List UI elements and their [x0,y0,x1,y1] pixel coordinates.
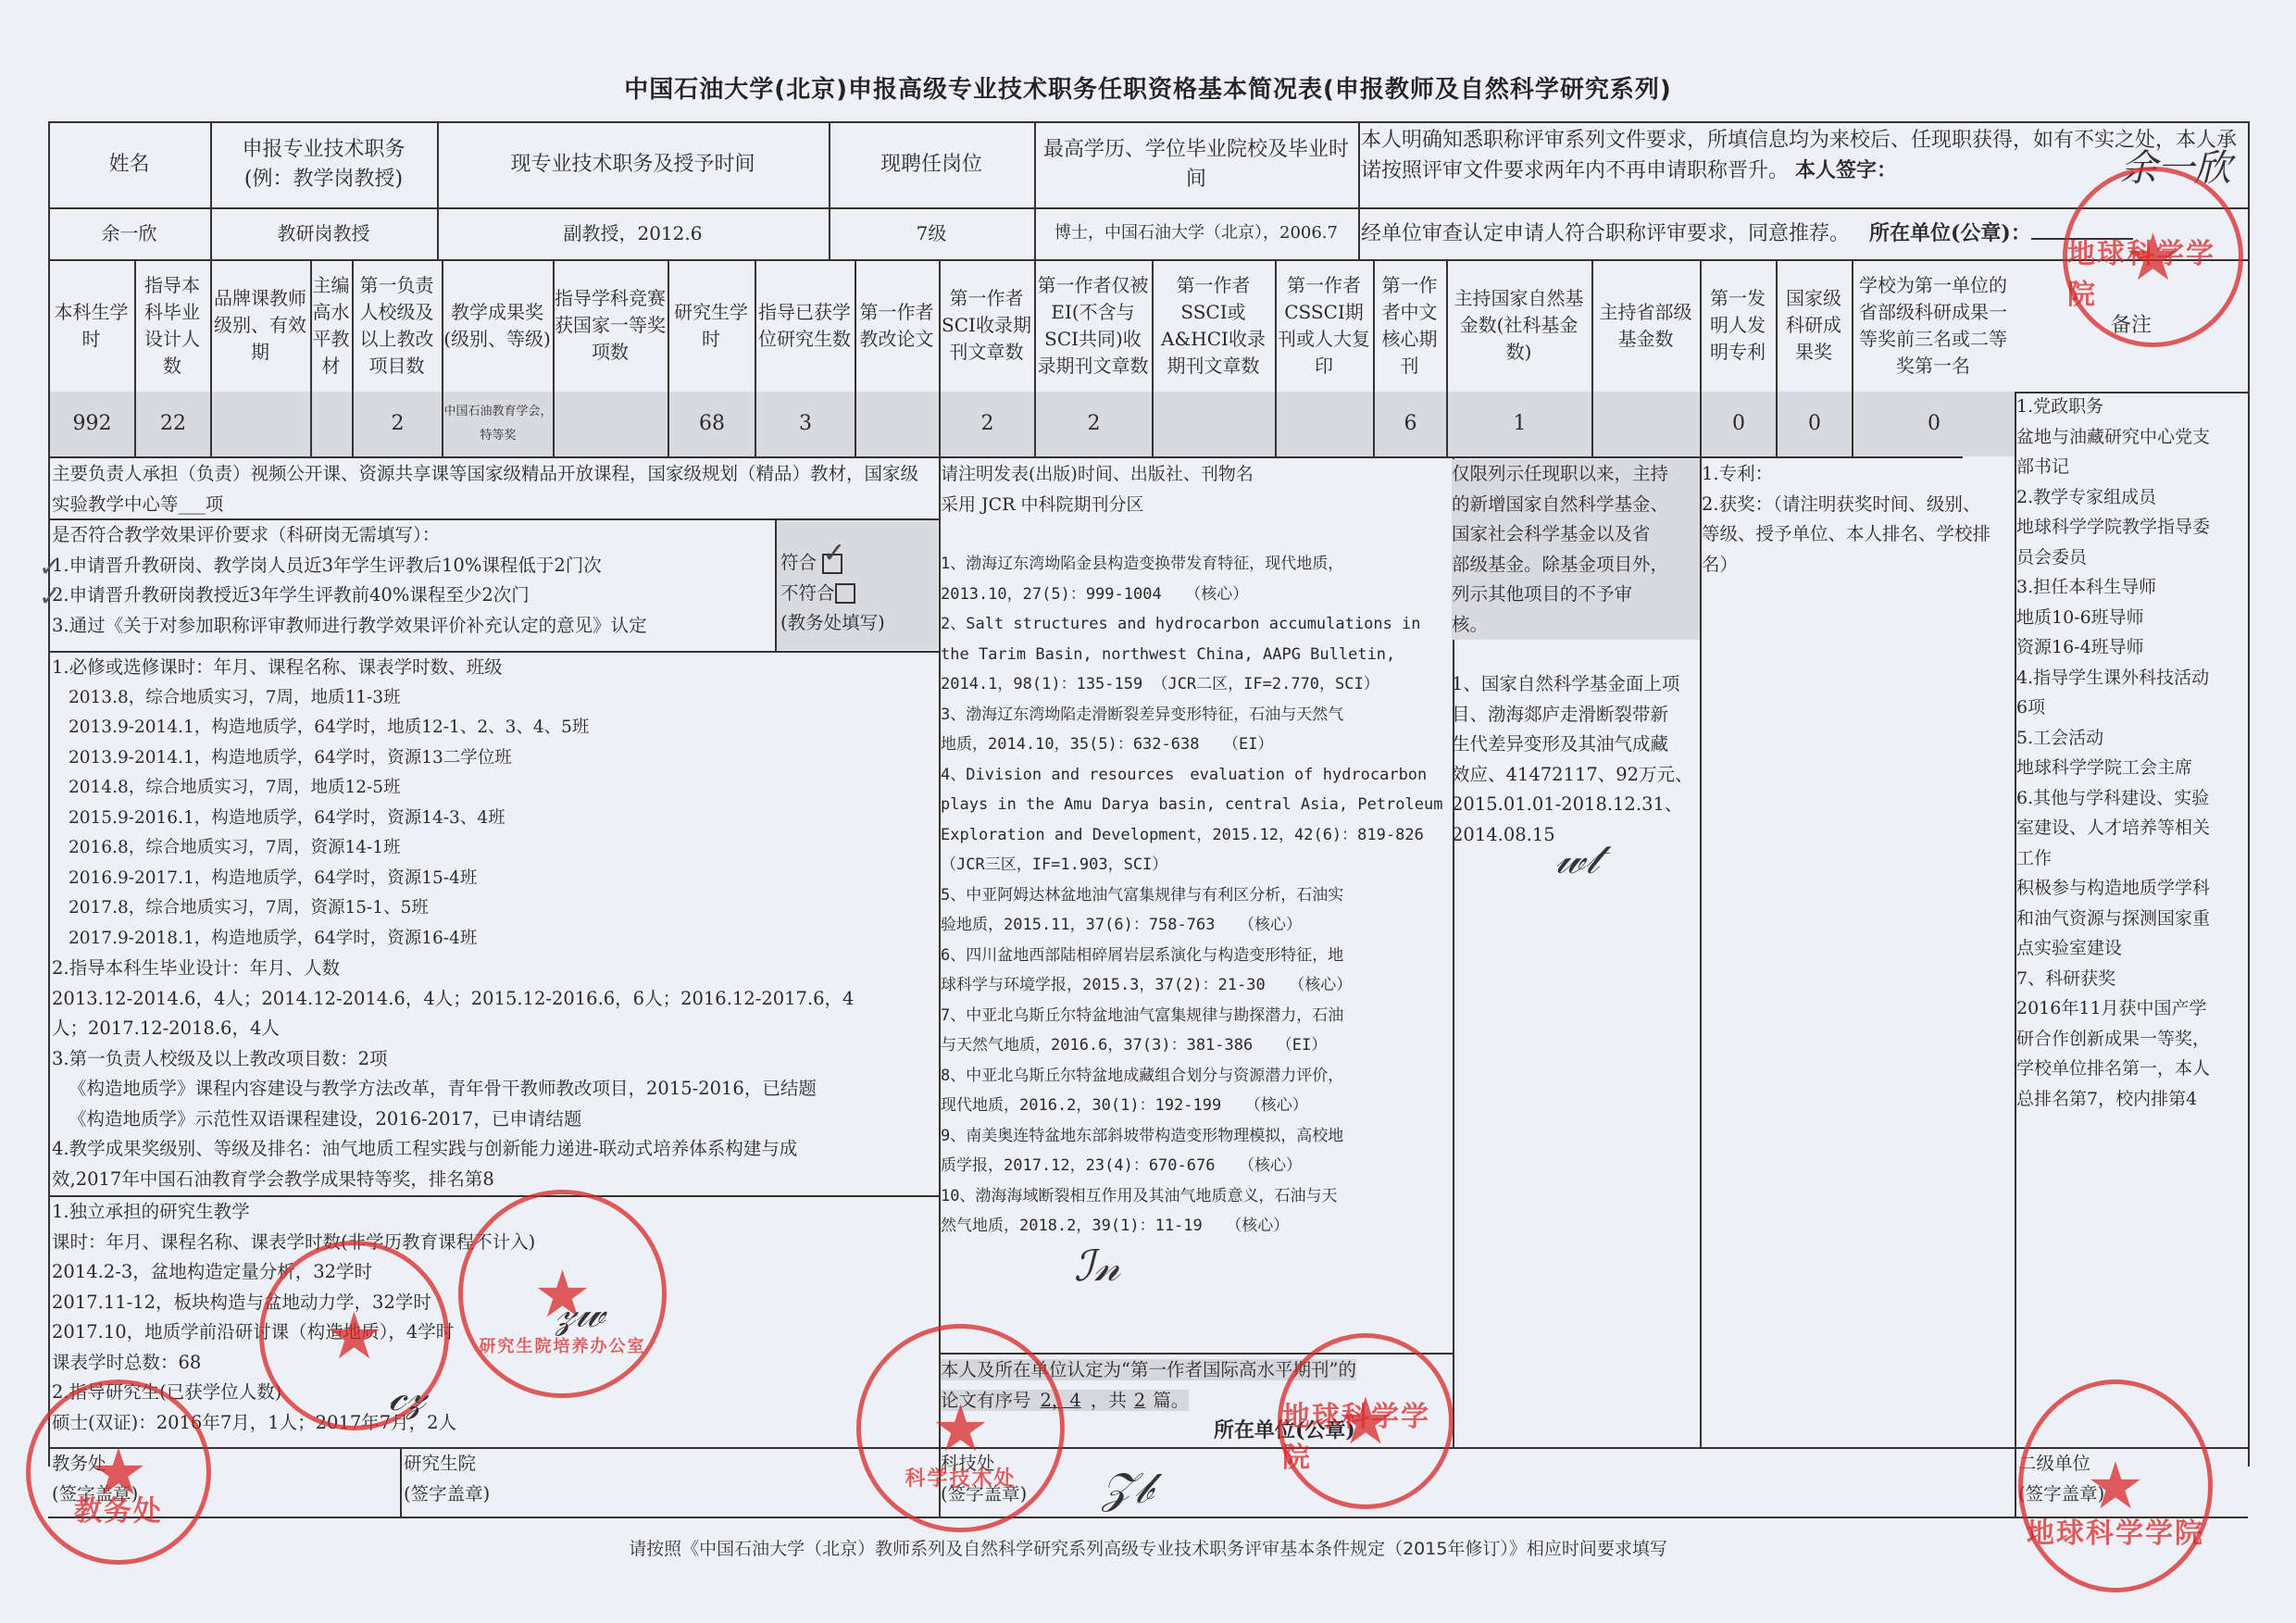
unit-review: 经单位审查认定申请人符合职称评审要求，同意推荐。 所在单位(公章)： [1361,218,2240,256]
text-line: 质学报，2017.12，23(4)：670-676 （核心） [941,1151,1452,1181]
stats-header-cell: 第一作者仅被EI(不含与SCI共同)收录期刊文章数 [1034,259,1152,392]
science-office-sign: 科技处 (签字盖章) [941,1449,1450,1509]
stats-value-cell: 1 [1446,392,1591,456]
text-line: 部级基金。除基金项目外， [1452,550,1700,581]
text-line: 仅限列示任现职以来，主持 [1452,459,1700,490]
evaluation-item: 3.通过《关于对参加职称评审教师进行教学效果评价补充认定的意见》认定 [52,611,774,642]
evaluation-block: 是否符合教学效果评价要求（科研岗无需填写）： 1.申请晋升教研岗、教学岗人员近3… [52,520,774,641]
text-line: 2.指导研究生(已获学位人数) [52,1378,936,1408]
text-line: 然气地质，2018.2，39(1)：11-19 （核心） [941,1211,1452,1242]
evaluation-result: 符合 ✓ 不符合 (教务处填写) [777,520,938,650]
text-line: 6、四川盆地西部陆相碎屑岩层系演化与构造变形特征，地 [941,941,1452,971]
confirm-count: 2 [1127,1390,1153,1411]
text-line: 4.指导学生课外科技活动 [2016,663,2248,693]
text-line: 2017.11-12，板块构造与盆地动力学，32学时 [52,1288,936,1318]
text-line: 等级、授予单位、本人排名、学校排 [1702,519,2015,550]
text-line: 7、中亚北乌斯丘尔特盆地油气富集规律与勘探潜力，石油 [941,1001,1452,1031]
stats-header-cell: 教学成果奖(级别、等级) [442,259,553,392]
stats-value-cell [210,392,310,456]
stats-value-cell: 0 [1700,392,1776,456]
text-line: 地球科学学院工会主席 [2016,753,2248,783]
stats-value-cell: 0 [1776,392,1852,456]
text-line: 室建设、人才培养等相关 [2016,813,2248,843]
text-line: 课时：年月、课程名称、课表学时数(非学历教育课程不计入) [52,1228,936,1258]
text-line: 1、渤海辽东湾坳陷金县构造变换带发育特征，现代地质， [941,549,1452,580]
text-line: 员会委员 [2016,543,2248,573]
education-label: 最高学历、学位毕业院校及毕业时间 [1034,121,1358,207]
declaration-text: 本人明确知悉职称评审系列文件要求，所填信息均为来校后、任现职获得，如有不实之处，… [1361,126,2240,207]
text-line: 2016.8，综合地质实习，7周，资源14-1班 [69,833,936,864]
text-line: 8、中亚北乌斯丘尔特盆地成藏组合划分与资源潜力评价， [941,1061,1452,1092]
graduate-teaching: 1.独立承担的研究生教学课时：年月、课程名称、课表学时数(非学历教育课程不计入)… [52,1197,936,1438]
stats-header-cell: 学校为第一单位的省部级科研成果一等奖前三名或二等奖第一名 [1852,259,2015,392]
stats-value-cell: 6 [1373,392,1446,456]
text-line: 目、渤海郯庐走滑断裂带新 [1452,700,1700,730]
current-title: 副教授，2012.6 [437,207,829,259]
text-line: 2013.9-2014.1，构造地质学，64学时，地质12-1、2、3、4、5班 [69,713,936,743]
text-line: 2017.10，地质学前沿研讨课（构造地质），4学时 [52,1317,936,1348]
stats-header-cell: 本科生学时 [48,259,134,392]
remarks-block: 1.党政职务盆地与油藏研究中心党支部书记2.教学专家组成员地球科学学院教学指导委… [2016,392,2248,1114]
stats-header-cell: 研究生学时 [668,259,755,392]
stats-value-cell: 2 [352,392,442,456]
text-line: 6项 [2016,693,2248,723]
text-line: 2013.10，27(5)：999-1004 （核心） [941,580,1452,610]
text-line: 名） [1702,550,2015,581]
text-line: 地质10-6班导师 [2016,603,2248,633]
stats-value-cell [553,392,668,456]
text-line: 2016.9-2017.1，构造地质学，64学时，资源15-4班 [69,864,936,894]
graduate-school-sign: 研究生院 (签字盖章) [404,1449,931,1509]
text-line: the Tarim Basin, northwest China, AAPG B… [941,640,1452,670]
stats-header-cell: 第一作者教改论文 [855,259,939,392]
stats-header-cell: 第一作者CSSCI期刊或人大复印 [1275,259,1373,392]
remarks-label: 备注 [2015,259,2248,392]
text-line: 9、南美奥连特盆地东部斜坡带构造变形物理模拟，高校地 [941,1121,1452,1152]
text-line: 2014.1，98(1)：135-159 （JCR二区，IF=2.770，SCI… [941,669,1452,700]
stats-header-cell: 指导学科竞赛获国家一等奖项数 [553,259,668,392]
text-line: 现代地质，2016.2，30(1)：192-199 （核心） [941,1091,1452,1121]
text-line: 核。 [1452,610,1700,641]
text-line: 盆地与油藏研究中心党支 [2016,422,2248,453]
text-line: 课表学时总数：68 [52,1348,936,1379]
text-line: 2.教学专家组成员 [2016,482,2248,513]
footer-note: 请按照《中国石油大学（北京）教师系列及自然科学研究系列高级专业技术职务评审基本条… [0,1535,2296,1560]
text-line: 生代差异变形及其油气成藏 [1452,730,1700,760]
text-line: 点实验室建设 [2016,933,2248,964]
text-line: 工作 [2016,843,2248,874]
text-line: 积极参与构造地质学学科 [2016,873,2248,904]
text-line: 2017.9-2018.1，构造地质学，64学时，资源16-4班 [69,924,936,955]
stats-header-cell: 品牌课教师级别、有效期 [210,259,310,392]
confirm-numbers: 2，4 [1031,1390,1091,1411]
national-courses-text: 主要负责人承担（负责）视频公开课、资源共享课等国家级精品开放课程，国家级规划（精… [52,459,936,518]
text-line: 球科学与环境学报，2015.3，37(2)：21-30 （核心） [941,970,1452,1001]
funds-block: 仅限列示任现职以来，主持的新增国家自然科学基金、国家社会科学基金以及省部级基金。… [1452,459,1700,850]
text-line: （JCR三区，IF=1.903，SCI） [941,850,1452,880]
current-post: 7级 [829,207,1034,259]
stats-header-cell: 指导本科毕业设计人数 [134,259,210,392]
stats-value-cell [855,392,939,456]
stats-header-cell: 国家级科研成果奖 [1776,259,1852,392]
name-label: 姓名 [48,121,210,207]
stats-value-cell: 68 [668,392,755,456]
evaluation-title: 是否符合教学效果评价要求（科研岗无需填写）： [52,520,774,551]
text-line: 地质，2014.10，35(5)：632-638 （EI） [941,730,1452,760]
handwritten-signature: ℐ𝓃 [1074,1241,1120,1292]
text-line: 2016年11月获中国产学 [2016,993,2248,1024]
academic-office-sign: 教务处 (签字盖章) [52,1449,394,1509]
stats-header-cell: 指导已获学位研究生数 [755,259,855,392]
text-line: 验地质，2015.11，37(6)：758-763 （核心） [941,910,1452,941]
text-line: 列示其他项目的不予审 [1452,580,1700,610]
check-mark-icon: ✓ [39,581,60,612]
stats-value-cell: 992 [48,392,134,456]
education: 博士，中国石油大学（北京），2006.7 [1034,207,1358,259]
evaluation-item: 1.申请晋升教研岗、教学岗人员近3年学生评教后10%课程低于2门次 [52,551,774,581]
stats-value-cell [1275,392,1373,456]
check-mark-icon: ✓ [39,552,60,582]
patents-awards-block: 1.专利：2.获奖：（请注明获奖时间、级别、等级、授予单位、本人排名、学校排名） [1702,459,2015,580]
text-line: 2.获奖：（请注明获奖时间、级别、 [1702,490,2015,520]
stats-value-cell: 0 [1852,392,2015,456]
text-line: 3、渤海辽东湾坳陷走滑断裂差异变形特征，石油与天然气 [941,700,1452,730]
teaching-detail: 1.必修或选修课时：年月、课程名称、课表学时数、班级 2013.8，综合地质实习… [52,653,936,1194]
text-line: 6.其他与学科建设、实验 [2016,783,2248,814]
text-line: 1.独立承担的研究生教学 [52,1197,936,1228]
text-line: 2013.9-2014.1，构造地质学，64学时，资源13二学位班 [69,743,936,774]
text-line: 国家社会科学基金以及省 [1452,519,1700,550]
text-line: 2013.8，综合地质实习，7周，地质11-3班 [69,683,936,714]
signature-label: 本人签字： [1795,158,1897,182]
current-post-label: 现聘任岗位 [829,121,1034,207]
papers-block: 请注明发表(出版)时间、出版社、刊物名 采用 JCR 中科院期刊分区 1、渤海辽… [941,459,1452,1242]
text-line: 学校单位排名第一，本人 [2016,1054,2248,1084]
applied-position: 教研岗教授 [210,207,437,259]
text-line: plays in the Amu Darya basin, central As… [941,790,1452,820]
fail-checkbox[interactable] [835,583,855,604]
stats-header-cell: 主持省部级基金数 [1591,259,1700,392]
text-line: 2017.8，综合地质实习，7周，资源15-1、5班 [69,893,936,924]
stats-value-cell: 3 [755,392,855,456]
stats-header-cell: 第一作者SSCI或A&HCI收录期刊文章数 [1152,259,1275,392]
text-line: 的新增国家自然科学基金、 [1452,490,1700,520]
stats-value-cell: 中国石油教育学会，特等奖 [442,392,553,456]
text-line: 和油气资源与探测国家重 [2016,904,2248,934]
text-line: 2014.2-3，盆地构造定量分析，32学时 [52,1257,936,1288]
applicant-name: 余一欣 [48,207,210,259]
form-title: 中国石油大学(北京)申报高级专业技术职务任职资格基本简况表(申报教师及自然科学研… [0,70,2296,105]
stats-header-cell: 第一作者SCI收录期刊文章数 [939,259,1034,392]
stats-header-cell: 主编高水平教材 [310,259,352,392]
stats-value-cell: 2 [1034,392,1152,456]
text-line: 效应、41472117、92万元、 [1452,760,1700,791]
text-line: 总排名第7，校内排第4 [2016,1084,2248,1115]
text-line: 10、渤海海域断裂相互作用及其油气地质意义，石油与天 [941,1181,1452,1212]
stats-value-cell [1591,392,1700,456]
evaluation-item: 2.申请晋升教研岗教授近3年学生评教前40%课程至少2次门 [52,581,774,611]
text-line: Exploration and Development，2015.12，42(6… [941,820,1452,851]
text-line: 1、国家自然科学基金面上项 [1452,669,1700,700]
text-line: 地球科学学院教学指导委 [2016,512,2248,543]
text-line: 2015.01.01-2018.12.31、 [1452,790,1700,820]
text-line: 硕士(双证)：2016年7月，1人；2017年7月，2人 [52,1408,936,1439]
text-line: 资源16-4班导师 [2016,632,2248,663]
stats-header-cell: 第一发明人发明专利 [1700,259,1776,392]
text-line: 3.担任本科生导师 [2016,572,2248,603]
stats-header-cell: 主持国家自然基金数(社科基金数) [1446,259,1591,392]
position-label: 申报专业技术职务 (例：教学岗教授) [210,121,437,207]
text-line: 1.党政职务 [2016,392,2248,422]
stats-value-cell [1152,392,1275,456]
current-title-label: 现专业技术职务及授予时间 [437,121,829,207]
stats-value-cell: 2 [939,392,1034,456]
stats-header-cell: 第一负责人校级及以上教改项目数 [352,259,442,392]
text-line: 5、中亚阿姆达林盆地油气富集规律与有利区分析，石油实 [941,880,1452,911]
secondary-unit-sign: 二级单位 (签字盖章) [2018,1449,2240,1509]
paper-confirmation: 本人及所在单位认定为“第一作者国际高水平期刊”的 论文有序号2，4，共2篇。 所… [941,1355,1452,1446]
text-line: 2015.9-2016.1，构造地质学，64学时，资源14-3、4班 [69,804,936,834]
text-line: 与天然气地质，2016.6，37(3)：381-386 （EI） [941,1030,1452,1061]
text-line: 2014.08.15 [1452,820,1700,851]
text-line: 1.专利： [1702,459,2015,490]
text-line: 2、Salt structures and hydrocarbon accumu… [941,609,1452,640]
text-line: 7、科研获奖 [2016,964,2248,994]
stats-value-cell: 22 [134,392,210,456]
text-line: 4、Division and resources evaluation of h… [941,760,1452,791]
stats-header-cell: 第一作者中文核心期刊 [1373,259,1446,392]
pass-checkbox[interactable]: ✓ [822,554,842,574]
text-line: 5.工会活动 [2016,723,2248,754]
text-line: 研合作创新成果一等奖， [2016,1024,2248,1055]
text-line: 部书记 [2016,452,2248,482]
stats-value-cell [310,392,352,456]
text-line: 2014.8，综合地质实习，7周，地质12-5班 [69,773,936,804]
